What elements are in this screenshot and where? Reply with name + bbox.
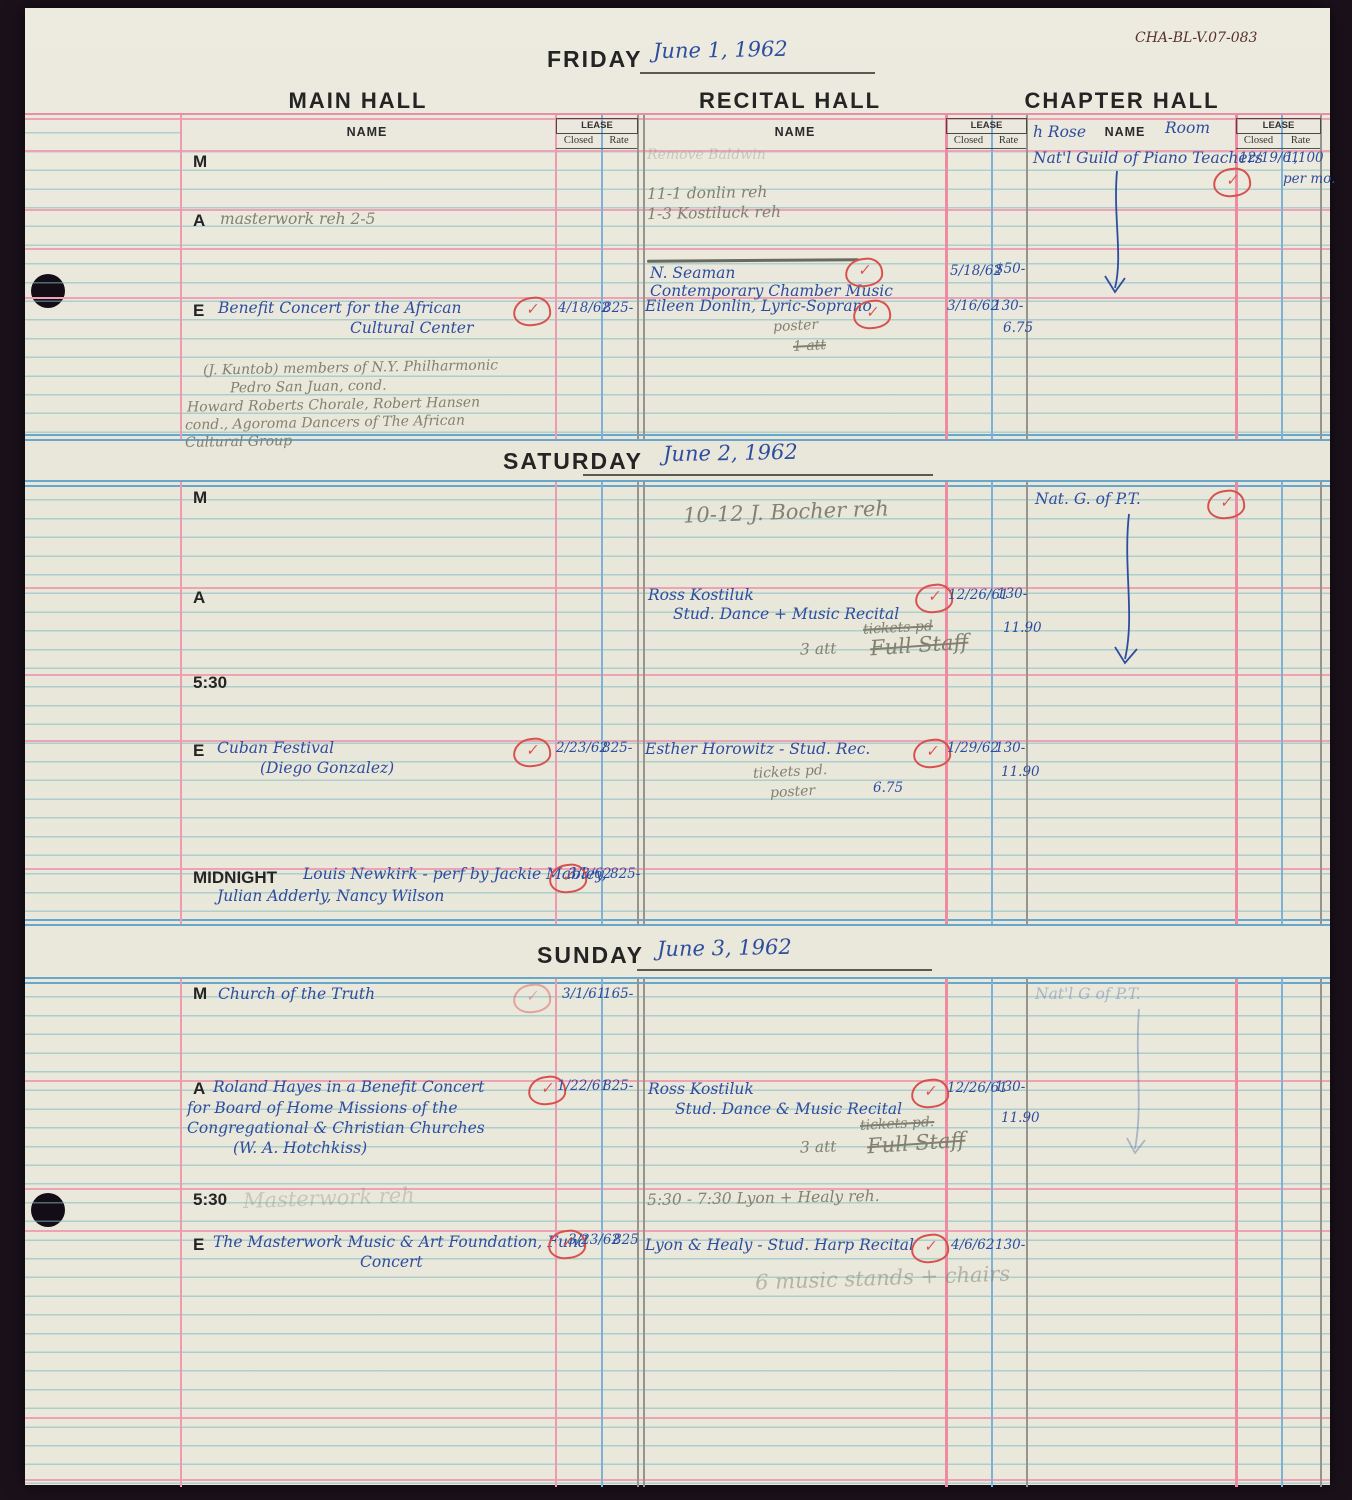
saturday-recital-e-rate2: 11.90: [1001, 764, 1040, 780]
main-rate-header: Rate: [602, 135, 636, 146]
friday-recital-e-rate2: 6.75: [1003, 320, 1033, 336]
friday-row-m: M: [193, 152, 207, 172]
main-lease-header: LEASE: [556, 118, 638, 134]
saturday-main-e-name: Cuban Festival: [217, 739, 334, 757]
friday-main-e-note5: Cultural Group: [185, 433, 292, 451]
sunday-main-e-name1: The Masterwork Music & Art Foundation, F…: [213, 1233, 588, 1251]
recital-name-header: NAME: [775, 125, 816, 139]
ledger-page: CHA-BL-V.07-083 FRIDAY June 1, 1962 MAIN…: [25, 8, 1330, 1485]
friday-recital-e-closed: 3/16/62: [947, 298, 999, 314]
sunday-recital-e-rate: 130-: [995, 1237, 1025, 1253]
friday-main-e-note2: Pedro San Juan, cond.: [230, 378, 387, 397]
sunday-main-e-rate: 825: [613, 1232, 639, 1248]
saturday-row-midnight: MIDNIGHT: [193, 868, 277, 888]
friday-chapter-down-arrow-icon: [1087, 166, 1157, 306]
saturday-chapter-down-arrow-icon: [1097, 511, 1167, 676]
sunday-row-a: A: [193, 1079, 205, 1099]
friday-date-underline: [640, 72, 875, 74]
sunday-main-m-name: Church of the Truth: [218, 985, 375, 1003]
friday-recital-e-note1: poster: [773, 317, 819, 335]
saturday-recital-a-name2: Stud. Dance + Music Recital: [673, 605, 899, 623]
sunday-date-underline: [637, 969, 932, 971]
sunday-main-a-name3: Congregational & Christian Churches: [187, 1119, 485, 1137]
sunday-main-a-name1: Roland Hayes in a Benefit Concert: [213, 1078, 485, 1096]
saturday-recital-a-rate2: 11.90: [1003, 620, 1042, 636]
main-hall-title: MAIN HALL: [289, 88, 428, 114]
saturday-row-e: E: [193, 741, 204, 761]
saturday-recital-e-note2: poster: [770, 783, 816, 801]
friday-recital-reh1: 11-1 donlin reh: [647, 183, 768, 203]
saturday-main-e-rate: 825-: [602, 740, 632, 756]
chapter-header-note-left: h Rose: [1033, 123, 1086, 141]
saturday-main-e-name2: (Diego Gonzalez): [260, 759, 394, 777]
chapter-lease-header: LEASE: [1236, 118, 1321, 134]
sunday-recital-e-closed: 4/6/62: [951, 1237, 994, 1253]
sunday-chapter-m-name: Nat'l G of P.T.: [1035, 985, 1141, 1003]
saturday-main-e-closed: 2/23/62: [556, 740, 608, 756]
recital-lease-header: LEASE: [946, 118, 1027, 134]
saturday-recital-e-name: Esther Horowitz - Stud. Rec.: [645, 740, 870, 758]
chapter-closed-header: Closed: [1236, 135, 1281, 146]
saturday-chapter-m-name: Nat. G. of P.T.: [1035, 490, 1141, 508]
sunday-main-a-rate: 825-: [603, 1078, 633, 1094]
friday-recital-e-rate: 130-: [993, 298, 1023, 314]
friday-main-e-name: Benefit Concert for the African: [218, 299, 461, 317]
sunday-main-e-name2: Concert: [360, 1253, 423, 1271]
sunday-main-m-rate: 165-: [603, 986, 633, 1002]
sunday-row-m: M: [193, 984, 207, 1004]
saturday-recital-e-closed: 1/29/62: [947, 740, 999, 756]
saturday-midnight-closed: 3/3/62: [568, 866, 611, 882]
scan-code: CHA-BL-V.07-083: [1135, 30, 1257, 46]
chapter-hall-title: CHAPTER HALL: [1024, 88, 1219, 114]
sunday-recital-a-name2: Stud. Dance & Music Recital: [675, 1100, 902, 1118]
friday-chapter-m-name: Nat'l Guild of Piano Teachers: [1033, 149, 1263, 167]
sunday-main-a-name2: for Board of Home Missions of the: [187, 1099, 458, 1117]
sunday-recital-a-rate: 130-: [995, 1079, 1025, 1095]
friday-chapter-rate2: per mo.: [1283, 171, 1335, 187]
saturday-row-530: 5:30: [193, 673, 227, 693]
main-closed-header: Closed: [556, 135, 601, 146]
friday-main-a-note: masterwork reh 2-5: [220, 210, 375, 228]
saturday-day-label: SATURDAY: [503, 448, 643, 475]
friday-chapter-rate: 1,100: [1285, 150, 1324, 166]
chapter-header-note-right: Room: [1165, 119, 1210, 137]
recital-hall-title: RECITAL HALL: [699, 88, 881, 114]
friday-recital-seaman-rate: $50-: [995, 261, 1025, 277]
main-name-header: NAME: [347, 125, 388, 139]
saturday-recital-a-rate: 130-: [997, 586, 1027, 602]
recital-closed-header: Closed: [946, 135, 991, 146]
friday-recital-reh2: 1-3 Kostiluck reh: [647, 203, 781, 223]
saturday-midnight-rate: 825-: [610, 866, 640, 882]
saturday-recital-e-note3: 6.75: [873, 780, 903, 796]
friday-date: June 1, 1962: [653, 37, 788, 63]
chapter-name-header: NAME: [1105, 125, 1146, 139]
recital-rate-header: Rate: [992, 135, 1025, 146]
friday-recital-e-note2: 1 att: [793, 337, 827, 355]
sunday-recital-e-name: Lyon & Healy - Stud. Harp Recital: [645, 1236, 914, 1254]
sunday-row-e: E: [193, 1235, 204, 1255]
saturday-recital-a-note2: 3 att: [800, 639, 837, 658]
saturday-row-m: M: [193, 488, 207, 508]
chapter-rate-header: Rate: [1282, 135, 1319, 146]
friday-row-a: A: [193, 211, 205, 231]
saturday-recital-a-name: Ross Kostiluk: [648, 586, 754, 604]
sunday-main-a-closed: 1/22/61: [557, 1078, 609, 1094]
sunday-recital-a-note2: 3 att: [800, 1137, 837, 1156]
sunday-chapter-down-arrow-icon: [1107, 1006, 1177, 1166]
sunday-main-m-closed: 3/1/61: [562, 986, 605, 1002]
saturday-date: June 2, 1962: [663, 440, 798, 466]
friday-row-e: E: [193, 301, 204, 321]
saturday-row-a: A: [193, 588, 205, 608]
friday-day-label: FRIDAY: [547, 46, 643, 73]
sunday-recital-a-rate2: 11.90: [1001, 1110, 1040, 1126]
saturday-date-underline: [583, 474, 933, 476]
friday-main-e-rate: 825-: [603, 300, 633, 316]
friday-recital-m-note: Remove Baldwin: [647, 147, 766, 163]
sunday-recital-a-name: Ross Kostiluk: [648, 1080, 754, 1098]
sunday-day-label: SUNDAY: [537, 942, 644, 969]
friday-recital-e-name: Eileen Donlin, Lyric-Soprano: [645, 297, 872, 315]
friday-recital-seaman-name: N. Seaman: [650, 264, 735, 282]
sunday-row-530: 5:30: [193, 1190, 227, 1210]
saturday-recital-e-rate: 130-: [995, 740, 1025, 756]
sunday-main-a-name4: (W. A. Hotchkiss): [233, 1139, 367, 1157]
saturday-midnight-name2: Julian Adderly, Nancy Wilson: [217, 887, 444, 905]
sunday-date: June 3, 1962: [657, 935, 792, 961]
friday-main-e-name2: Cultural Center: [350, 319, 473, 337]
